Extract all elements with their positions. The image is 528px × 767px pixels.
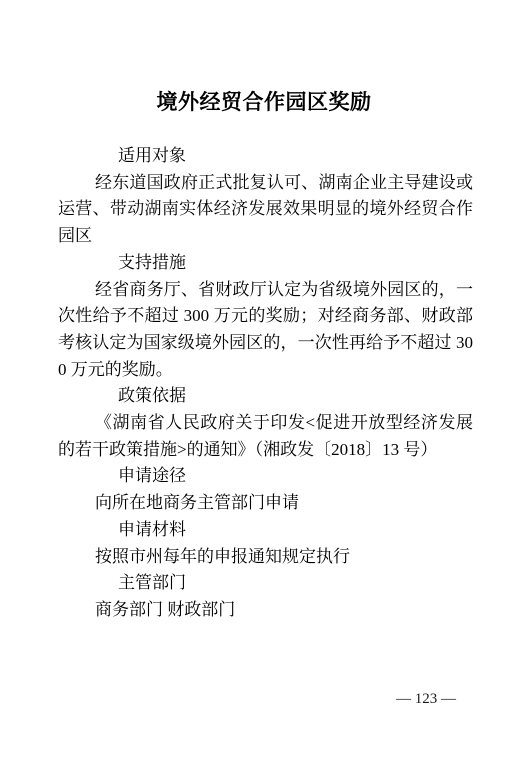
section-paragraph: 经东道国政府正式批复认可、湖南企业主导建设或运营、带动湖南实体经济发展效果明显的… — [58, 170, 473, 250]
page-number: — 123 — — [396, 691, 456, 708]
section-application-materials: 申请材料 按照市州每年的申报通知规定执行 — [58, 517, 473, 570]
document-body: 适用对象 经东道国政府正式批复认可、湖南企业主导建设或运营、带动湖南实体经济发展… — [58, 143, 473, 624]
section-paragraph: 向所在地商务主管部门申请 — [58, 490, 473, 517]
section-heading: 申请材料 — [58, 517, 473, 544]
section-heading: 适用对象 — [58, 143, 473, 170]
page-title: 境外经贸合作园区奖励 — [0, 86, 528, 116]
section-paragraph: 按照市州每年的申报通知规定执行 — [58, 544, 473, 571]
section-heading: 申请途径 — [58, 463, 473, 490]
section-paragraph: 商务部门 财政部门 — [58, 597, 473, 624]
section-policy-basis: 政策依据 《湖南省人民政府关于印发<促进开放型经济发展的若干政策措施>的通知》（… — [58, 383, 473, 463]
section-responsible-departments: 主管部门 商务部门 财政部门 — [58, 570, 473, 623]
section-paragraph: 《湖南省人民政府关于印发<促进开放型经济发展的若干政策措施>的通知》（湘政发〔2… — [58, 410, 473, 463]
section-support-measures: 支持措施 经省商务厅、省财政厅认定为省级境外园区的，一次性给予不超过 300 万… — [58, 250, 473, 384]
document-page: 境外经贸合作园区奖励 适用对象 经东道国政府正式批复认可、湖南企业主导建设或运营… — [0, 0, 528, 767]
section-application-channel: 申请途径 向所在地商务主管部门申请 — [58, 463, 473, 516]
section-heading: 支持措施 — [58, 250, 473, 277]
section-applicable-target: 适用对象 经东道国政府正式批复认可、湖南企业主导建设或运营、带动湖南实体经济发展… — [58, 143, 473, 250]
section-heading: 主管部门 — [58, 570, 473, 597]
section-paragraph: 经省商务厅、省财政厅认定为省级境外园区的，一次性给予不超过 300 万元的奖励；… — [58, 277, 473, 384]
section-heading: 政策依据 — [58, 383, 473, 410]
